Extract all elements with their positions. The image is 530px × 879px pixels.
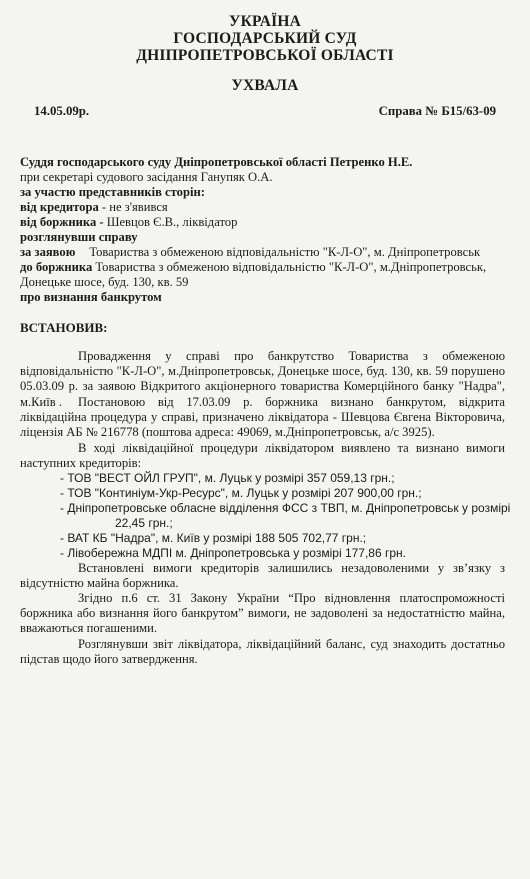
judge-line: Суддя господарського суду Дніпропетровсь…	[20, 155, 412, 170]
established-p6: Розглянувши звіт ліквідатора, ліквідацій…	[20, 637, 505, 667]
application-line: за заявоюТовариства з обмеженою відповід…	[20, 245, 480, 260]
established-p3: В ході ліквідаційної процедури ліквідато…	[20, 441, 505, 471]
established-heading: ВСТАНОВИВ:	[20, 320, 107, 335]
to-debtor-address: Донецьке шосе, буд. 130, кв. 59	[20, 275, 188, 290]
case-number: Справа № Б15/63-09	[379, 104, 496, 119]
creditor-line: від кредитора - не з'явився	[20, 200, 168, 215]
application-value: Товариства з обмеженою відповідальністю …	[89, 245, 480, 259]
doc-type-title: УХВАЛА	[0, 76, 530, 95]
established-p4: Встановлені вимоги кредиторів залишились…	[20, 561, 505, 591]
creditor-item: - ТОВ "Континіум-Укр-Ресурс", м. Луцьк у…	[60, 486, 422, 501]
established-p5: Згідно п.6 ст. 31 Закону України “Про ві…	[20, 591, 505, 637]
debtor-value: Шевцов Є.В., ліквідатор	[104, 215, 238, 229]
creditor-item: - ТОВ "ВЕСТ ОЙЛ ГРУП", м. Луцьк у розмір…	[60, 471, 395, 486]
header-court-line2: ДНІПРОПЕТРОВСЬКОЇ ОБЛАСТІ	[0, 46, 530, 65]
established-p2: Постановою від 17.03.09 р. боржника визн…	[20, 395, 505, 441]
creditor-item-highlighted: - ВАТ КБ "Надра", м. Київ у розмірі 188 …	[60, 531, 366, 546]
creditor-label: від кредитора	[20, 200, 99, 214]
debtor-line: від боржника - Шевцов Є.В., ліквідатор	[20, 215, 237, 230]
application-label: за заявою	[20, 245, 75, 259]
to-debtor-value: Товариства з обмеженою відповідальністю …	[92, 260, 486, 274]
creditor-item: - Дніпропетровське обласне відділення ФС…	[60, 501, 505, 516]
debtor-label: від боржника -	[20, 215, 104, 229]
subject-line: про визнання банкрутом	[20, 290, 162, 305]
ruling-date: 14.05.09р.	[34, 104, 89, 119]
creditor-value: - не з'явився	[99, 200, 168, 214]
to-debtor-line: до боржника Товариства з обмеженою відпо…	[20, 260, 486, 275]
creditor-item: - Лівобережна МДПІ м. Дніпропетровська у…	[60, 546, 406, 561]
participation-label: за участю представників сторін:	[20, 185, 205, 200]
secretary-line: при секретарі судового засідання Ганупяк…	[20, 170, 273, 185]
to-debtor-label: до боржника	[20, 260, 92, 274]
reviewed-line: розглянувши справу	[20, 230, 138, 245]
court-ruling-page: УКРАЇНА ГОСПОДАРСЬКИЙ СУД ДНІПРОПЕТРОВСЬ…	[0, 0, 530, 879]
creditor-item-cont: 22,45 грн.;	[115, 516, 173, 531]
